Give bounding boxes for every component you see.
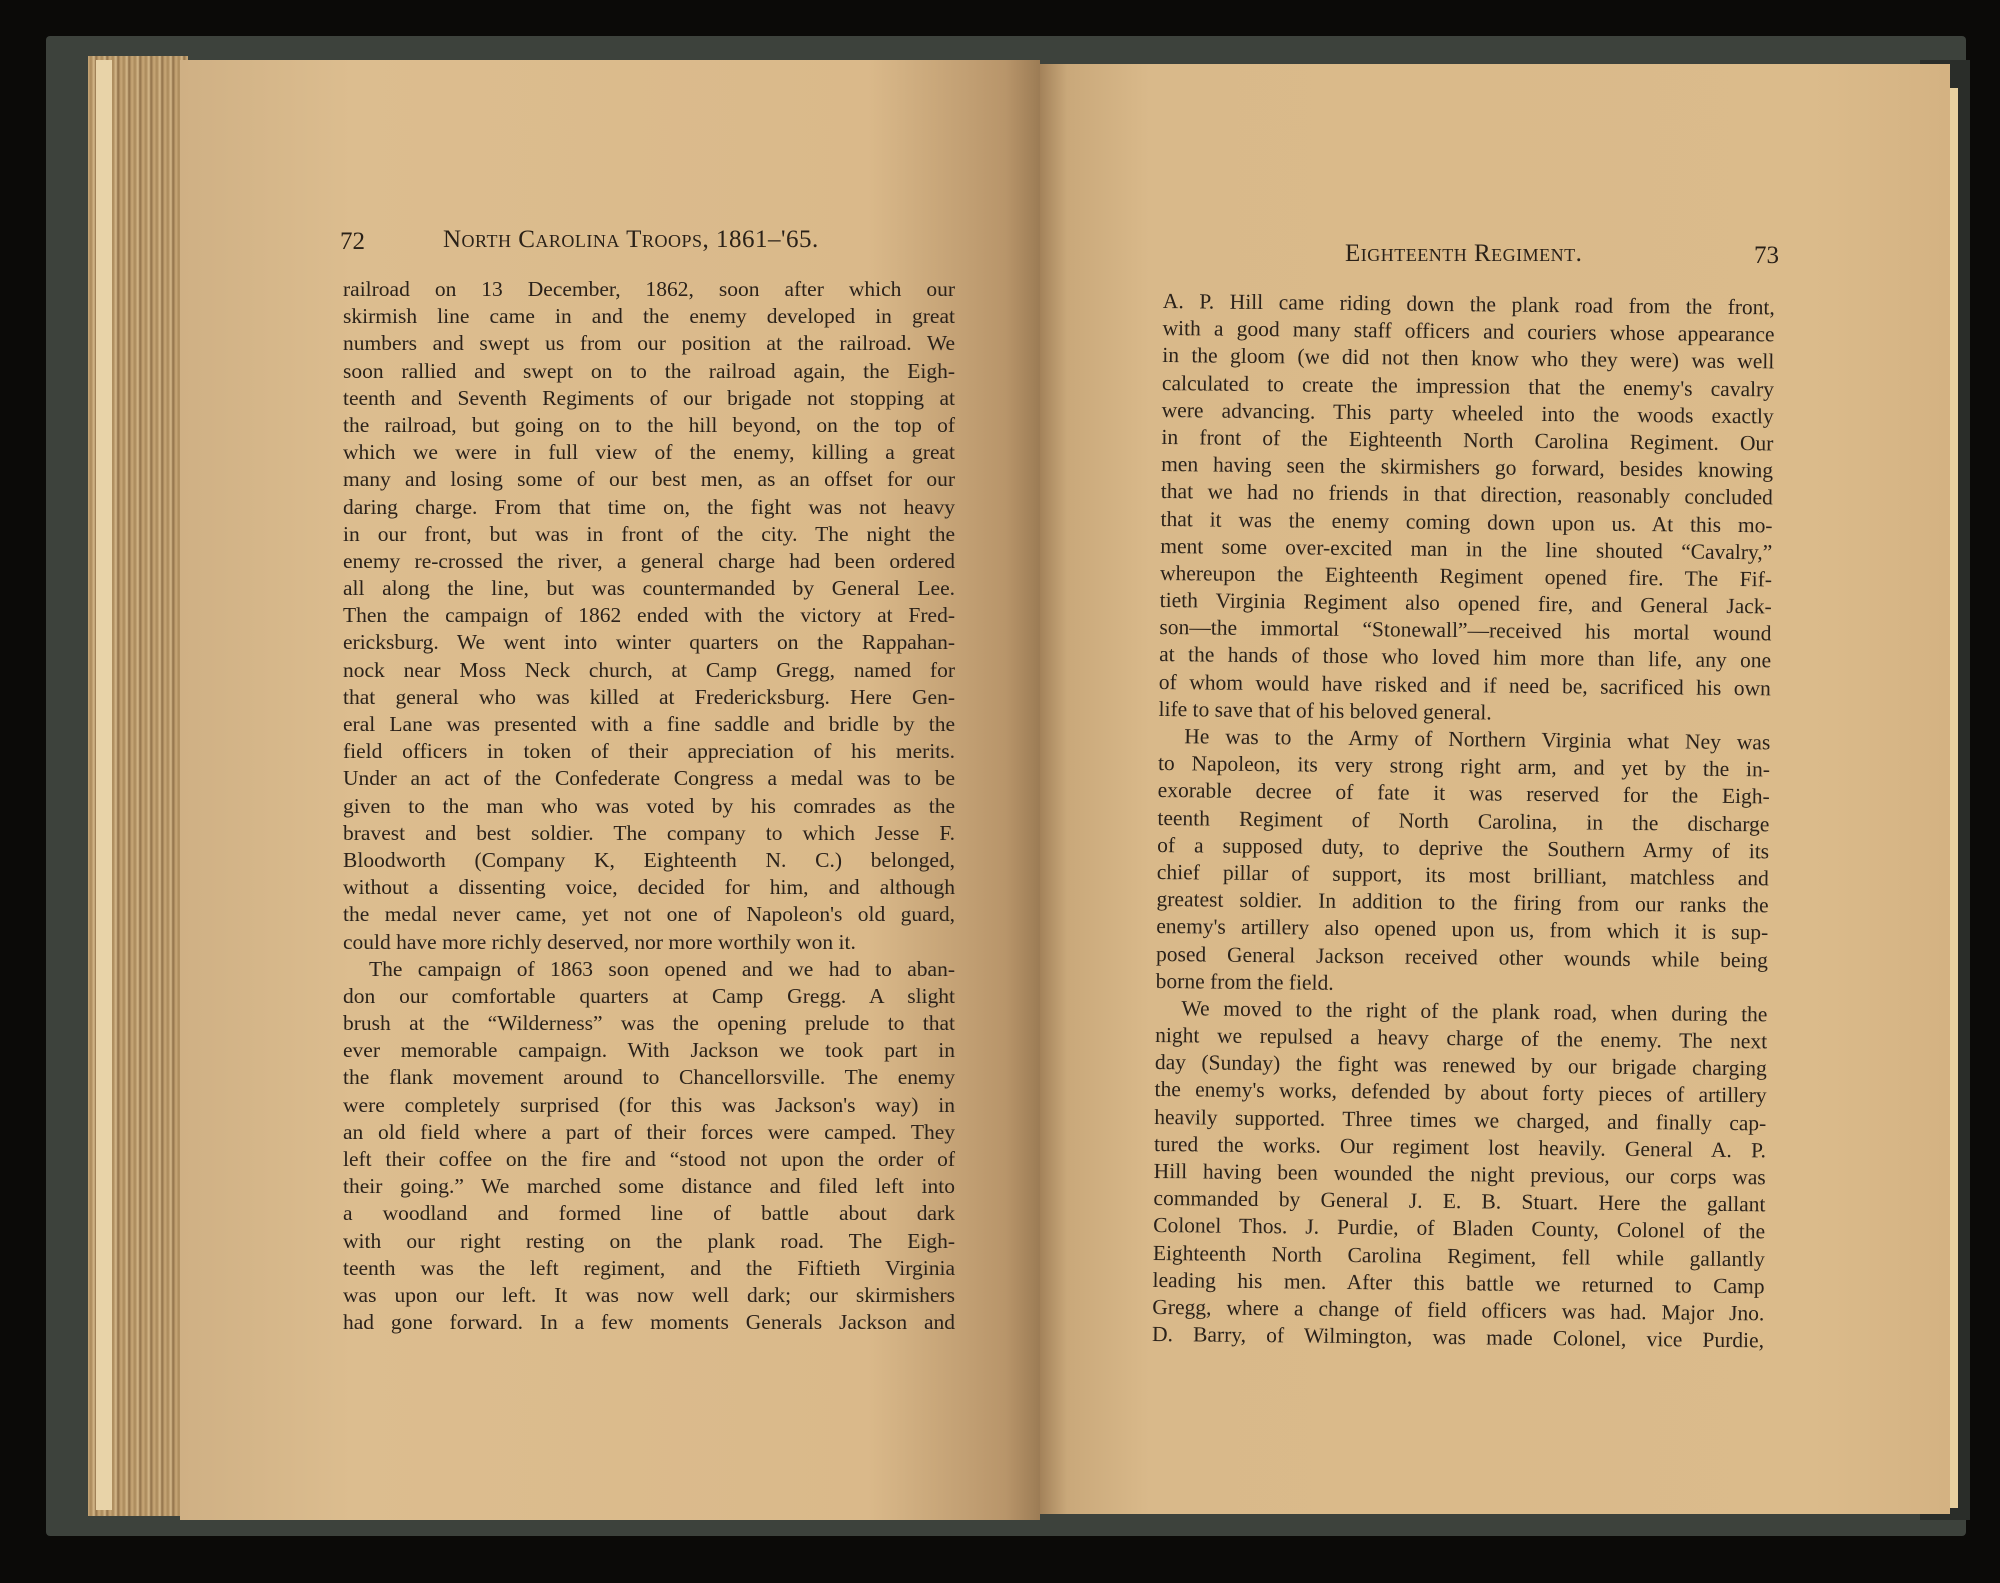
page-number-right: 73 [1754,242,1779,270]
text-line: brush at the “Wilderness” was the openin… [343,1010,955,1037]
text-line: The campaign of 1863 soon opened and we … [343,956,955,983]
text-line: nock near Moss Neck church, at Camp Greg… [343,657,955,684]
flyleaf-edge [96,60,112,1510]
text-line: daring charge. From that time on, the fi… [343,494,955,521]
text-line: that general who was killed at Frederick… [343,684,955,711]
text-line: Then the campaign of 1862 ended with the… [343,602,955,629]
right-page-body: A. P. Hill came riding down the plank ro… [1152,288,1775,1355]
text-line: many and losing some of our best men, as… [343,466,955,493]
text-line: field officers in token of their appreci… [343,738,955,765]
text-line: in our front, but was in front of the ci… [343,521,955,548]
text-line: Bloodworth (Company K, Eighteenth N. C.)… [343,847,955,874]
text-line: without a dissenting voice, decided for … [343,874,955,901]
text-line: could have more richly deserved, nor mor… [343,929,955,956]
text-line: ericksburg. We went into winter quarters… [343,629,955,656]
text-line: their going.” We marched some distance a… [343,1173,955,1200]
running-head-left: North Carolina Troops, 1861–'65. [443,226,819,254]
running-head-right: Eighteenth Regiment. [1345,240,1582,268]
text-line: teenth and Seventh Regiments of our brig… [343,385,955,412]
text-line: enemy re-crossed the river, a general ch… [343,548,955,575]
text-line: a woodland and formed line of battle abo… [343,1200,955,1227]
text-line: teenth was the left regiment, and the Fi… [343,1255,955,1282]
left-page-body: railroad on 13 December, 1862, soon afte… [343,276,955,1336]
text-line: the railroad, but going on to the hill b… [343,412,955,439]
right-page-edge [1950,88,1958,1508]
text-line: the flank movement around to Chancellors… [343,1064,955,1091]
text-line: railroad on 13 December, 1862, soon afte… [343,276,955,303]
text-line: with our right resting on the plank road… [343,1228,955,1255]
text-line: bravest and best soldier. The company to… [343,820,955,847]
text-line: all along the line, but was countermande… [343,575,955,602]
page-number-left: 72 [340,228,365,256]
text-line: which we were in full view of the enemy,… [343,439,955,466]
text-line: eral Lane was presented with a fine sadd… [343,711,955,738]
text-line: left their coffee on the fire and “stood… [343,1146,955,1173]
text-line: an old field where a part of their force… [343,1119,955,1146]
text-line: ever memorable campaign. With Jackson we… [343,1037,955,1064]
text-line: were completely surprised (for this was … [343,1092,955,1119]
text-line: given to the man who was voted by his co… [343,793,955,820]
text-line: had gone forward. In a few moments Gener… [343,1309,955,1336]
text-line: the medal never came, yet not one of Nap… [343,901,955,928]
text-line: soon rallied and swept on to the railroa… [343,358,955,385]
text-line: was upon our left. It was now well dark;… [343,1282,955,1309]
text-line: skirmish line came in and the enemy deve… [343,303,955,330]
text-line: don our comfortable quarters at Camp Gre… [343,983,955,1010]
text-line: numbers and swept us from our position a… [343,330,955,357]
text-line: Under an act of the Confederate Congress… [343,765,955,792]
